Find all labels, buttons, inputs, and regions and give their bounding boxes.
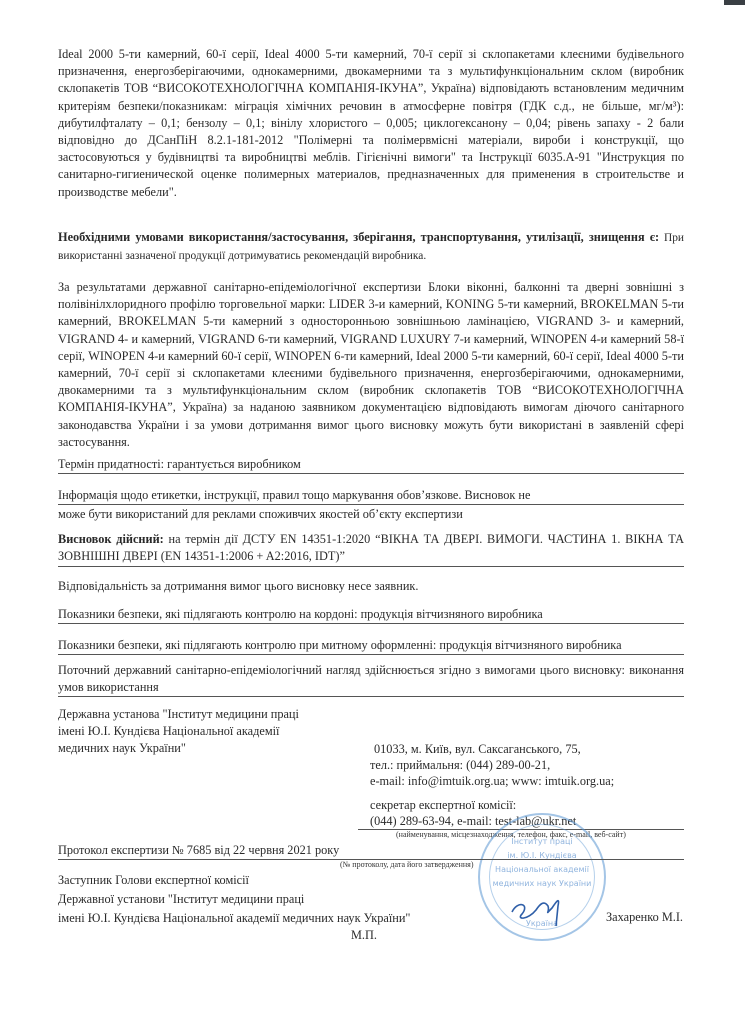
labeling-line-1: Інформація щодо етикетки, інструкції, пр… — [58, 487, 684, 504]
customs-control-field: Показники безпеки, які підлягають контро… — [58, 637, 684, 654]
institution-email-web: e-mail: info@imtuik.org.ua; www: imtuik.… — [370, 773, 614, 790]
secretary-label: секретар експертної комісії: — [370, 797, 516, 814]
validity-label: Висновок дійсний: — [58, 532, 164, 546]
scan-corner-mark — [724, 0, 745, 5]
validity-rule — [58, 566, 684, 567]
validity-paragraph: Висновок дійсний: на термін дії ДСТУ EN … — [58, 531, 684, 565]
signatory-line: імені Ю.І. Кундієва Національної академі… — [58, 909, 410, 928]
signatory-line: Державної установи "Інститут медицини пр… — [58, 890, 410, 909]
stamp-line: Інститут праці — [480, 837, 604, 846]
intro-paragraph: Ideal 2000 5-ти камерний, 60-ї серії, Id… — [58, 46, 684, 201]
shelf-life-field: Термін придатності: гарантується виробни… — [58, 456, 684, 473]
responsibility-field: Відповідальність за дотримання вимог цьо… — [58, 578, 684, 595]
institution-block: Державна установа "Інститут медицини пра… — [58, 706, 299, 758]
institution-line: імені Ю.І. Кундієва Національної академі… — [58, 723, 299, 740]
protocol-caption: (№ протоколу, дата його затвердження) — [340, 860, 473, 870]
signatory-block: Заступник Голови експертної комісії Держ… — [58, 871, 410, 928]
protocol-text: Протокол експертизи № 7685 від 22 червня… — [58, 842, 339, 859]
results-paragraph: За результатами державної санітарно-епід… — [58, 279, 684, 451]
seal-mark: М.П. — [351, 927, 377, 944]
customs-control-rule — [58, 654, 684, 655]
labeling-line-2: може бути використаний для реклами спожи… — [58, 506, 684, 523]
supervision-paragraph: Поточний державний санітарно-епідеміолог… — [58, 662, 684, 696]
institution-line: Державна установа "Інститут медицини пра… — [58, 706, 299, 723]
institution-phone: тел.: приймальня: (044) 289-00-21, — [370, 757, 550, 774]
border-control-field: Показники безпеки, які підлягають контро… — [58, 606, 684, 623]
institution-line: медичних наук України" — [58, 740, 299, 757]
signature-icon — [508, 890, 578, 930]
border-control-rule — [58, 623, 684, 624]
conditions-label: Необхідними умовами використання/застосу… — [58, 230, 659, 244]
stamp-line: Національної академії — [480, 865, 604, 874]
shelf-life-rule — [58, 473, 684, 474]
labeling-rule — [58, 504, 684, 505]
signatory-line: Заступник Голови експертної комісії — [58, 871, 410, 890]
institution-address: 01033, м. Київ, вул. Саксаганського, 75, — [374, 741, 581, 758]
stamp-line: медичних наук України — [480, 879, 604, 888]
signatory-name: Захаренко М.І. — [606, 909, 683, 926]
supervision-rule — [58, 696, 684, 697]
conditions-paragraph: Необхідними умовами використання/застосу… — [58, 229, 684, 265]
